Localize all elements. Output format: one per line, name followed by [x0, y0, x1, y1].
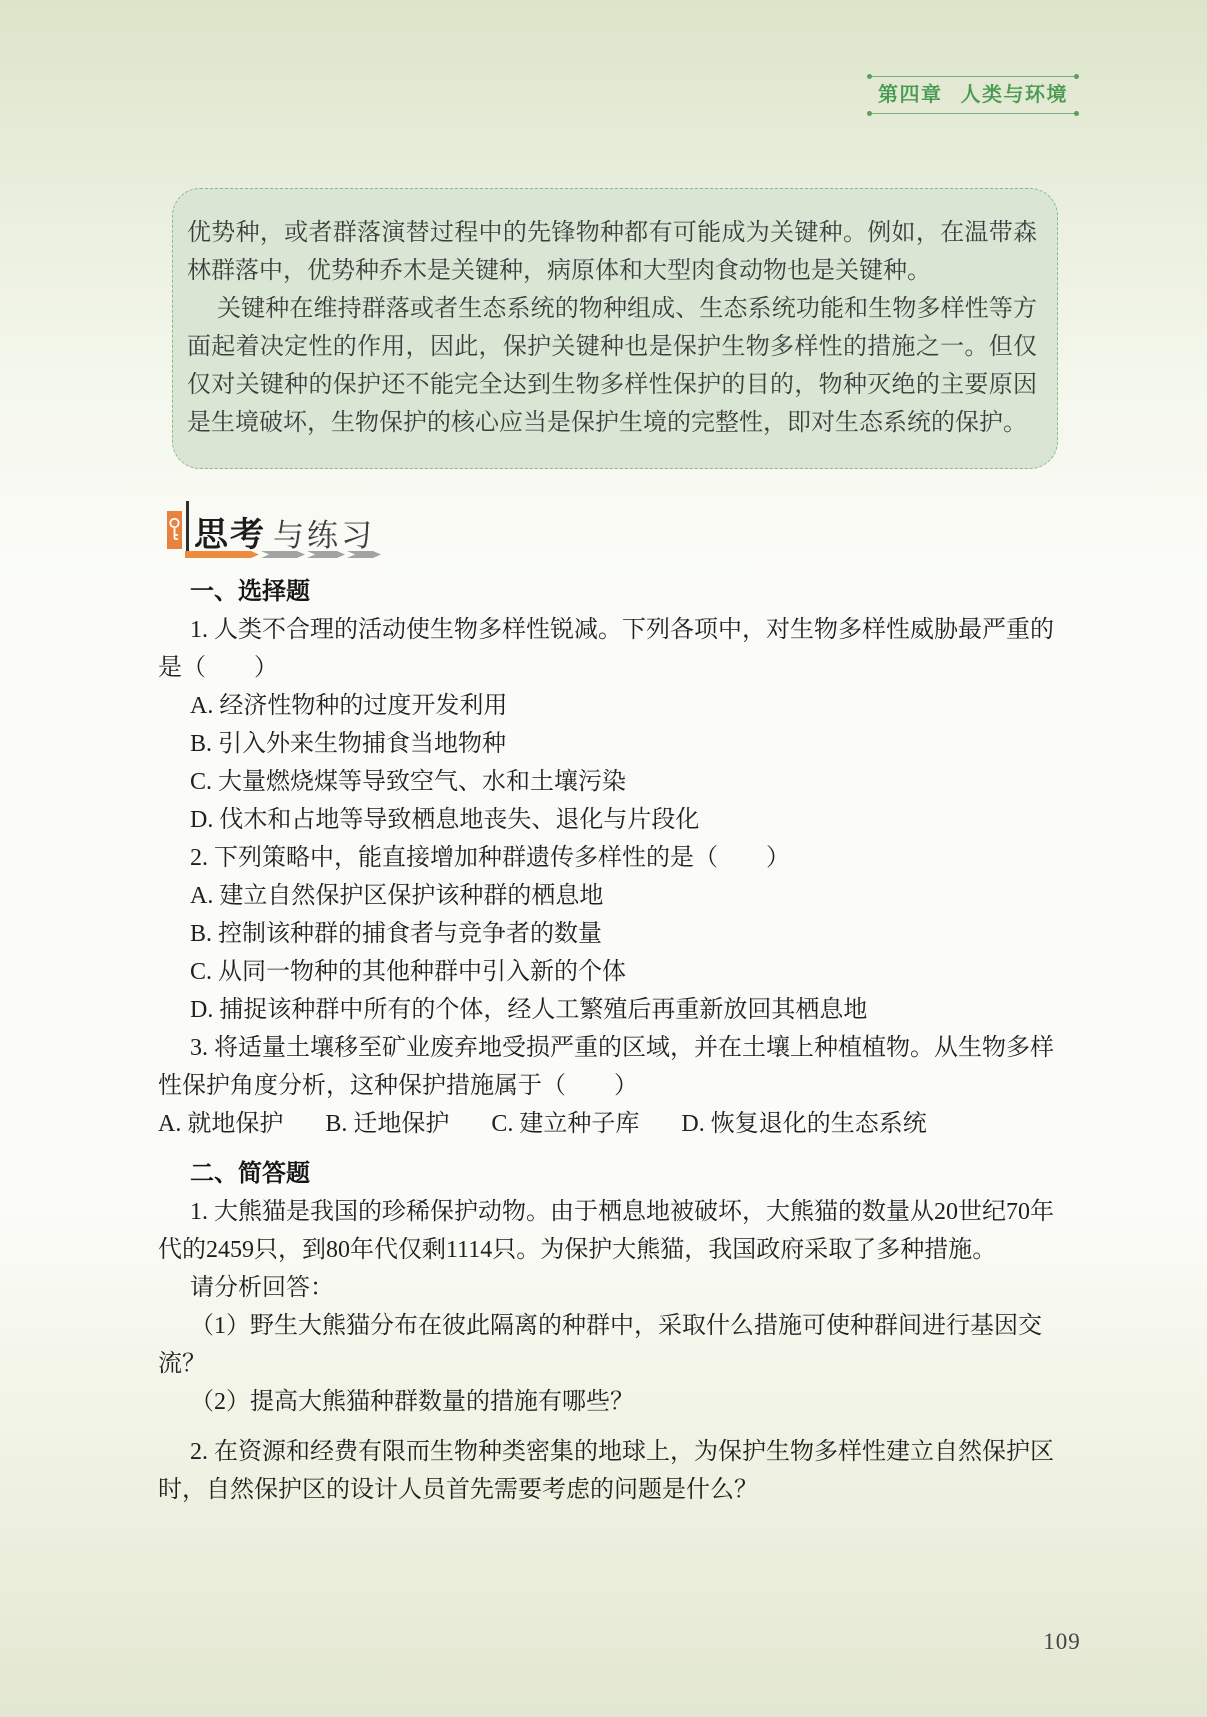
exercise-body: 一、选择题 1. 人类不合理的活动使生物多样性锐减。下列各项中，对生物多样性威胁…	[158, 573, 1058, 1509]
short-answer-q1-text: 1. 大熊猫是我国的珍稀保护动物。由于栖息地被破坏，大熊猫的数量从20世纪70年…	[158, 1193, 1058, 1269]
question-2-option-b: B. 控制该种群的捕食者与竞争者的数量	[158, 915, 1058, 953]
question-1-stem: 1. 人类不合理的活动使生物多样性锐减。下列各项中，对生物多样性威胁最严重的是（…	[158, 611, 1058, 687]
question-3-option-a: A. 就地保护	[158, 1105, 283, 1143]
infobox-paragraph-1: 优势种，或者群落演替过程中的先锋物种都有可能成为关键种。例如，在温带森林群落中，…	[187, 214, 1037, 290]
chapter-rule-bottom	[868, 113, 1078, 114]
exercise-title-light: 与练习	[273, 518, 375, 553]
chapter-header: 第四章人类与环境	[868, 76, 1078, 114]
underline-gray-segment	[261, 551, 305, 558]
header-vertical-rule	[186, 501, 189, 555]
question-3-stem: 3. 将适量土壤移至矿业废弃地受损严重的区域，并在土壤上种植植物。从生物多样性保…	[158, 1029, 1058, 1105]
question-3-option-d: D. 恢复退化的生态系统	[681, 1105, 926, 1143]
infobox-paragraph-2: 关键种在维持群落或者生态系统的物种组成、生态系统功能和生物多样性等方面起着决定性…	[187, 290, 1037, 442]
question-1-option-d: D. 伐木和占地等导致栖息地丧失、退化与片段化	[158, 801, 1058, 839]
short-answer-q1-sub2: （2）提高大熊猫种群数量的措施有哪些？	[158, 1383, 1058, 1421]
key-icon	[167, 511, 182, 549]
short-answer-q2-text: 2. 在资源和经费有限而生物种类密集的地球上，为保护生物多样性建立自然保护区时，…	[158, 1433, 1058, 1509]
chapter-name: 人类与环境	[961, 84, 1069, 106]
chapter-rule-top	[868, 76, 1078, 77]
chapter-label: 第四章	[878, 84, 943, 106]
exercise-header: 思考与练习	[167, 501, 587, 561]
question-1-option-a: A. 经济性物种的过度开发利用	[158, 687, 1058, 725]
underline-gray-segment	[307, 551, 345, 558]
choice-section-heading: 一、选择题	[158, 573, 1058, 611]
question-1-option-c: C. 大量燃烧煤等导致空气、水和土壤污染	[158, 763, 1058, 801]
keystone-species-infobox: 优势种，或者群落演替过程中的先锋物种都有可能成为关键种。例如，在温带森林群落中，…	[172, 188, 1058, 469]
short-answer-q1-prompt: 请分析回答：	[158, 1269, 1058, 1307]
chapter-title: 第四章人类与环境	[868, 84, 1078, 106]
short-answer-section-heading: 二、简答题	[158, 1155, 1058, 1193]
question-3-option-c: C. 建立种子库	[491, 1105, 639, 1143]
question-3-option-b: B. 迁地保护	[325, 1105, 449, 1143]
question-1-option-b: B. 引入外来生物捕食当地物种	[158, 725, 1058, 763]
textbook-page: 第四章人类与环境 优势种，或者群落演替过程中的先锋物种都有可能成为关键种。例如，…	[0, 0, 1207, 1717]
underline-orange-segment	[185, 551, 259, 558]
question-2-option-d: D. 捕捉该种群中所有的个体，经人工繁殖后再重新放回其栖息地	[158, 991, 1058, 1029]
underline-gray-segment	[347, 551, 381, 558]
exercise-title: 思考与练习	[194, 507, 375, 556]
question-2-stem: 2. 下列策略中，能直接增加种群遗传多样性的是（ ）	[158, 839, 1058, 877]
exercise-title-bold: 思考	[194, 516, 266, 554]
question-2-option-a: A. 建立自然保护区保护该种群的栖息地	[158, 877, 1058, 915]
page-number: 109	[1032, 1629, 1092, 1655]
question-2-option-c: C. 从同一物种的其他种群中引入新的个体	[158, 953, 1058, 991]
question-3-options-row: A. 就地保护 B. 迁地保护 C. 建立种子库 D. 恢复退化的生态系统	[158, 1105, 1058, 1143]
exercise-header-underline	[185, 551, 381, 558]
short-answer-q1-sub1: （1）野生大熊猫分布在彼此隔离的种群中，采取什么措施可使种群间进行基因交流？	[158, 1307, 1058, 1383]
